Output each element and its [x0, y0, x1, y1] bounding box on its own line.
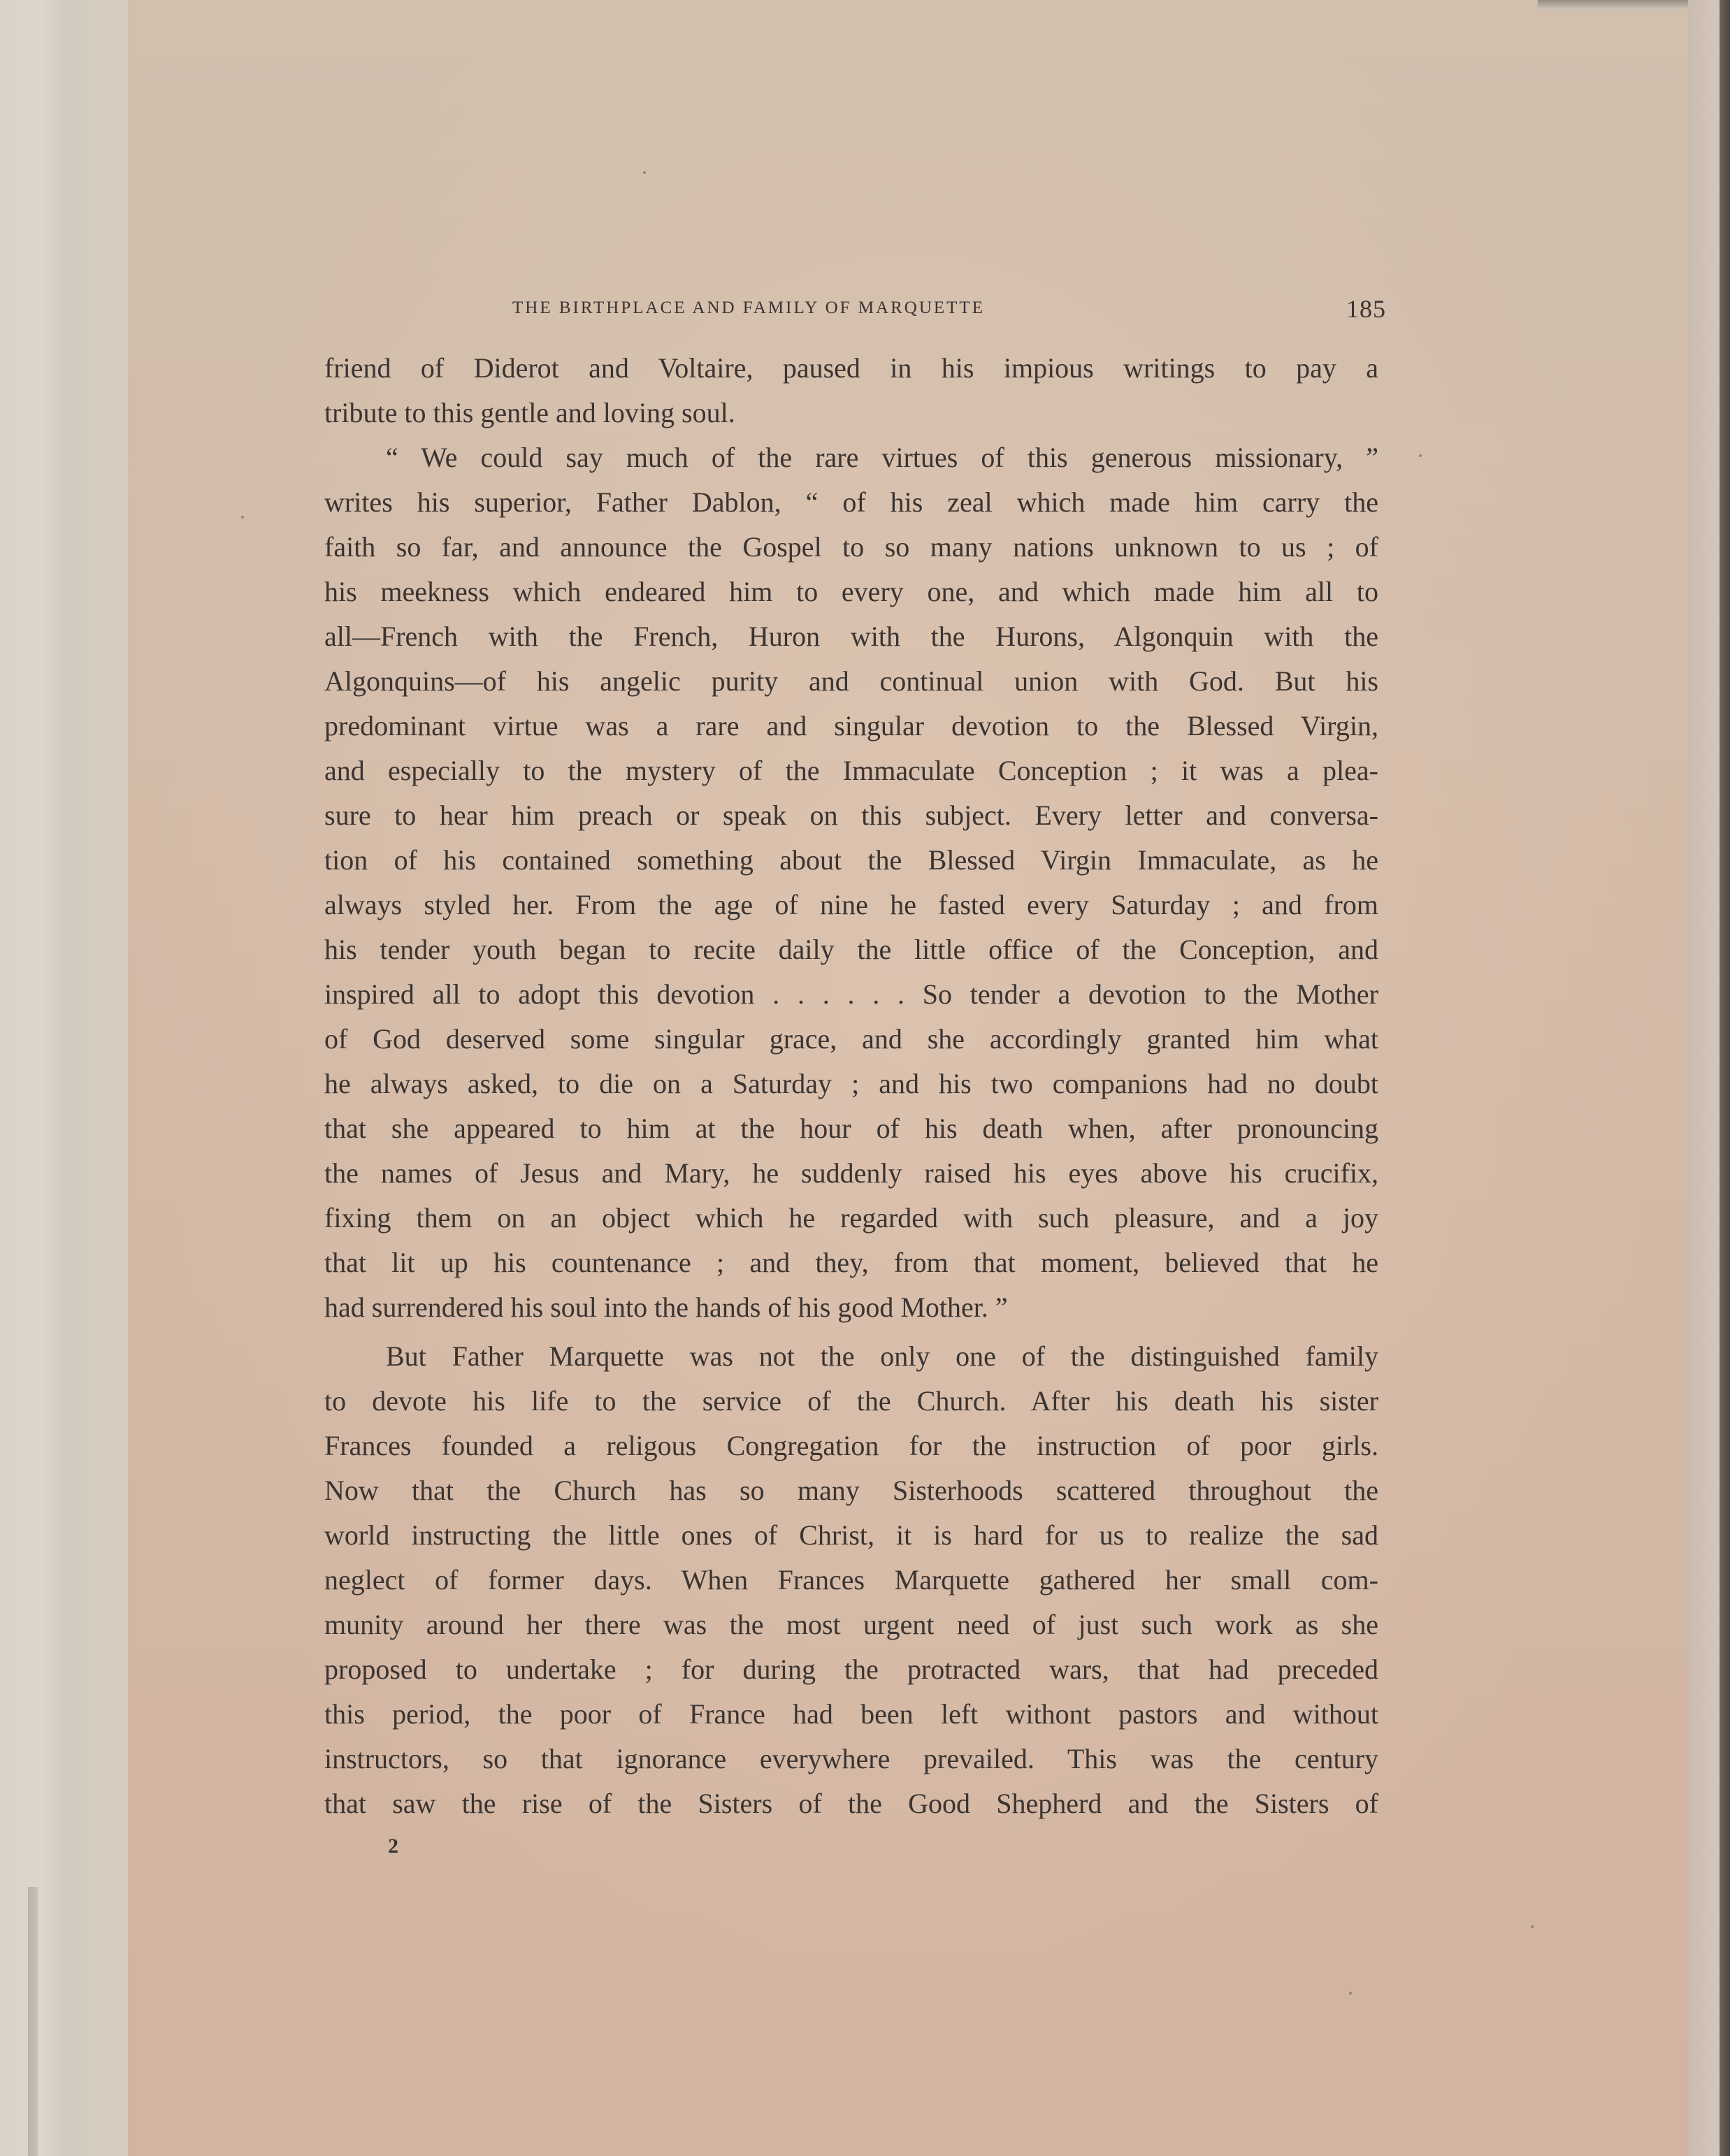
- text-line: Now that the Church has so many Sisterho…: [324, 1468, 1378, 1513]
- binding-strip: [66, 0, 129, 2156]
- paper-speck: [643, 171, 646, 174]
- text-line: munity around her there was the most urg…: [324, 1602, 1378, 1647]
- text-line: But Father Marquette was not the only on…: [324, 1334, 1378, 1379]
- text-line: Algonquins—of his angelic purity and con…: [324, 659, 1378, 704]
- text-line: had surrendered his soul into the hands …: [324, 1285, 1378, 1330]
- paper-speck: [241, 516, 244, 519]
- text-line: that saw the rise of the Sisters of the …: [324, 1781, 1378, 1826]
- text-line: fixing them on an object which he regard…: [324, 1196, 1378, 1240]
- text-line: that lit up his countenance ; and they, …: [324, 1240, 1378, 1285]
- text-line: and especially to the mystery of the Imm…: [324, 748, 1378, 793]
- text-line: his meekness which endeared him to every…: [324, 570, 1378, 614]
- text-line: friend of Diderot and Voltaire, paused i…: [324, 346, 1378, 391]
- text-line: sure to hear him preach or speak on this…: [324, 793, 1378, 838]
- right-page-edge: [1688, 0, 1720, 2156]
- text-line: always styled her. From the age of nine …: [324, 883, 1378, 927]
- text-line: that she appeared to him at the hour of …: [324, 1106, 1378, 1151]
- running-head-title: THE BIRTHPLACE AND FAMILY OF MARQUETTE: [512, 298, 985, 318]
- text-line: all—French with the French, Huron with t…: [324, 614, 1378, 659]
- text-line: “ We could say much of the rare virtues …: [324, 435, 1378, 480]
- text-line: of God deserved some singular grace, and…: [324, 1017, 1378, 1062]
- signature-mark: 2: [388, 1835, 398, 1858]
- text-line: he always asked, to die on a Saturday ; …: [324, 1062, 1378, 1106]
- left-page-flap: [0, 0, 66, 2156]
- text-line: this period, the poor of France had been…: [324, 1692, 1378, 1737]
- page-number: 185: [1346, 294, 1386, 324]
- body-text: friend of Diderot and Voltaire, paused i…: [324, 346, 1378, 1826]
- text-line: instructors, so that ignorance everywher…: [324, 1737, 1378, 1781]
- text-line: Frances founded a religous Congregation …: [324, 1424, 1378, 1468]
- text-line: the names of Jesus and Mary, he suddenly…: [324, 1151, 1378, 1196]
- text-line: to devote his life to the service of the…: [324, 1379, 1378, 1424]
- running-head: THE BIRTHPLACE AND FAMILY OF MARQUETTE 1…: [512, 294, 1386, 322]
- text-line: tribute to this gentle and loving soul.: [324, 391, 1378, 435]
- text-line: faith so far, and announce the Gospel to…: [324, 525, 1378, 570]
- text-line: world instructing the little ones of Chr…: [324, 1513, 1378, 1558]
- paper-speck: [1531, 1925, 1534, 1928]
- left-page-edge: [28, 1887, 38, 2156]
- text-line: predominant virtue was a rare and singul…: [324, 704, 1378, 748]
- text-line: writes his superior, Father Dablon, “ of…: [324, 480, 1378, 525]
- paper-speck: [1349, 1992, 1352, 1995]
- paper-speck: [1419, 454, 1422, 457]
- text-line: his tender youth began to recite daily t…: [324, 927, 1378, 972]
- text-line: proposed to undertake ; for during the p…: [324, 1647, 1378, 1692]
- text-line: neglect of former days. When Frances Mar…: [324, 1558, 1378, 1602]
- right-edge-shadow: [1720, 0, 1730, 2156]
- text-line: tion of his contained something about th…: [324, 838, 1378, 883]
- text-line: inspired all to adopt this devotion . . …: [324, 972, 1378, 1017]
